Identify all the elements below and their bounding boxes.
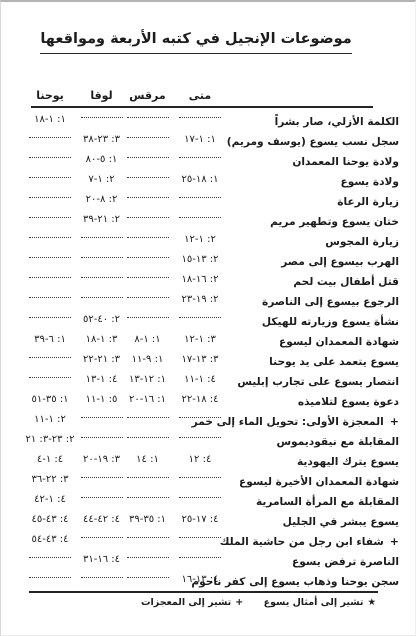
mark-ref: ١: ١-٨: [124, 334, 171, 345]
table-row: انتصار يسوع على تجارب إبليس ٤: ١-١١ ١: ١…: [1, 369, 415, 389]
matthew-ref: [171, 494, 229, 505]
dotted-leader: [29, 155, 71, 158]
table-body: الكلمة الأزلي، صار بشراً ١: ١-١٨ سجل نسب…: [1, 109, 415, 589]
dotted-leader: [127, 575, 169, 578]
miracle-marker: +: [390, 535, 399, 548]
matthew-ref: ٣: ١٣-١٧: [171, 354, 229, 365]
topic-label: الرجوع بيسوع إلى الناصرة: [262, 296, 399, 308]
table-row: شهادة المعمدان الأخيرة ليسوع ٣: ٢٢-٣٦: [1, 469, 415, 489]
mark-ref: ١: ١٤: [124, 454, 171, 465]
john-ref: ٤: ٤٣-٤٥: [21, 514, 79, 525]
mark-ref: [124, 234, 171, 245]
luke-ref: ٢: ٢١-٣٩: [79, 214, 124, 225]
dotted-leader: [127, 435, 169, 438]
mark-ref: [124, 534, 171, 545]
topic-cell: +المعجزة الأولى: تحويل الماء إلى خمر: [229, 410, 399, 429]
dotted-leader: [179, 495, 221, 498]
topic-label: زيارة المجوس: [325, 236, 399, 248]
topic-cell: الرجوع بيسوع إلى الناصرة: [229, 290, 399, 309]
dotted-leader: [81, 575, 123, 578]
john-ref: ٢: ١-١١: [21, 414, 79, 425]
topic-label: زيارة الرعاة: [337, 196, 399, 208]
topic-label: قتل أطفال بيت لحم: [293, 276, 399, 288]
matthew-ref: ٤: ١٣-١٦: [171, 574, 229, 585]
topic-cell: +شفاء ابن رجل من حاشية الملك: [229, 530, 399, 549]
column-header-mark: مرقس: [124, 89, 171, 102]
table-row: +المعجزة الأولى: تحويل الماء إلى خمر ٢: …: [1, 409, 415, 429]
topic-cell: قتل أطفال بيت لحم: [229, 270, 399, 289]
mark-ref: [124, 194, 171, 205]
table-row: المقابلة مع نيقوديموس ٢: ٢٣-٣: ٢١: [1, 429, 415, 449]
john-ref: [21, 214, 79, 225]
topic-cell: شهادة المعمدان ليسوع: [229, 330, 399, 349]
john-ref: [21, 294, 79, 305]
john-ref: [21, 234, 79, 245]
john-ref: [21, 574, 79, 585]
topic-cell: زيارة الرعاة: [229, 190, 399, 209]
miracle-marker: +: [390, 415, 399, 428]
topic-cell: يسوع يتعمد على يد يوحنا: [229, 350, 399, 369]
table-row: ولادة يسوع ١: ١٨-٢٥ ٢: ١-٧: [1, 169, 415, 189]
luke-ref: ٢: ٤٠-٥٢: [79, 314, 124, 325]
dotted-leader: [81, 235, 123, 238]
topic-cell: شهادة المعمدان الأخيرة ليسوع: [229, 470, 399, 489]
table-row: دعوة يسوع لتلاميذه ٤: ١٨-٢٢ ١: ١٦-٢٠ ٥: …: [1, 389, 415, 409]
footer-rule: [29, 591, 378, 593]
table-row: شهادة المعمدان ليسوع ٣: ١-١٢ ١: ١-٨ ٣: ١…: [1, 329, 415, 349]
dotted-leader: [81, 275, 123, 278]
table-row: الناصرة ترفض يسوع ٤: ١٦-٣١: [1, 549, 415, 569]
mark-ref: [124, 554, 171, 565]
luke-ref: [79, 474, 124, 485]
mark-ref: ١: ٩-١١: [124, 354, 171, 365]
topic-label: الهرب بيسوع إلى مصر: [281, 256, 399, 268]
dotted-leader: [179, 435, 221, 438]
topic-label: نشأة يسوع وزيارته للهيكل: [262, 316, 399, 328]
dotted-leader: [127, 295, 169, 298]
table-row: زيارة المجوس ٢: ١-١٢: [1, 229, 415, 249]
john-ref: [21, 254, 79, 265]
john-ref: ١: ٦-٣٩: [21, 334, 79, 345]
table-row: ولادة يوحنا المعمدان ١: ٥-٨٠: [1, 149, 415, 169]
dotted-leader: [29, 375, 71, 378]
dotted-leader: [127, 155, 169, 158]
table-row: يسوع يبشر في الجليل ٤: ١٧-٢٥ ١: ٣٥-٣٩ ٤:…: [1, 509, 415, 529]
mark-ref: [124, 114, 171, 125]
matthew-ref: [171, 114, 229, 125]
topic-label: انتصار يسوع على تجارب إبليس: [237, 376, 399, 388]
table-row: نشأة يسوع وزيارته للهيكل ٢: ٤٠-٥٢: [1, 309, 415, 329]
dotted-leader: [179, 535, 221, 538]
table-row: +شفاء ابن رجل من حاشية الملك ٤: ٤٣-٥٤: [1, 529, 415, 549]
john-ref: [21, 314, 79, 325]
john-ref: [21, 274, 79, 285]
table-header: متى مرقس لوقا يوحنا: [1, 86, 415, 104]
matthew-ref: ٢: ١٦-١٨: [171, 274, 229, 285]
mark-ref: [124, 314, 171, 325]
plus-icon: +: [235, 597, 243, 608]
luke-ref: ٣: ٢١-٢٢: [79, 354, 124, 365]
john-ref: [21, 174, 79, 185]
john-ref: [21, 554, 79, 565]
matthew-ref: [171, 414, 229, 425]
dotted-leader: [29, 575, 71, 578]
dotted-leader: [127, 115, 169, 118]
dotted-leader: [81, 255, 123, 258]
dotted-leader: [127, 195, 169, 198]
dotted-leader: [127, 255, 169, 258]
topic-label: يسوع يبشر في الجليل: [283, 516, 399, 528]
luke-ref: [79, 574, 124, 585]
dotted-leader: [179, 415, 221, 418]
topic-label: يسوع يتعمد على يد يوحنا: [269, 356, 399, 368]
mark-ref: [124, 414, 171, 425]
dotted-leader: [179, 115, 221, 118]
star-icon: ★: [367, 597, 376, 608]
dotted-leader: [127, 135, 169, 138]
john-ref: [21, 154, 79, 165]
column-header-luke: لوقا: [79, 89, 124, 102]
luke-ref: ٢: ٨-٢٠: [79, 194, 124, 205]
topic-cell: الكلمة الأزلي، صار بشراً: [229, 110, 399, 129]
dotted-leader: [29, 315, 71, 318]
john-ref: [21, 194, 79, 205]
matthew-ref: ٤: ١٨-٢٢: [171, 394, 229, 405]
footnote-miracles-label: تشير إلى المعجزات: [141, 597, 231, 608]
topic-cell: دعوة يسوع لتلاميذه: [229, 390, 399, 409]
mark-ref: ١: ١٦-٢٠: [124, 394, 171, 405]
footnote-parables: ★تشير إلى أمثال يسوع: [264, 597, 376, 608]
dotted-leader: [127, 315, 169, 318]
topic-label: شهادة المعمدان الأخيرة ليسوع: [239, 476, 399, 488]
topic-cell: ختان يسوع وتطهير مريم: [229, 210, 399, 229]
dotted-leader: [179, 215, 221, 218]
topic-cell: المقابلة مع نيقوديموس: [229, 430, 399, 449]
john-ref: ٢: ٢٣-٣: ٢١: [21, 434, 79, 445]
dotted-leader: [179, 155, 221, 158]
topic-cell: يسوع يترك اليهودية: [229, 450, 399, 469]
title-block: موضوعات الإنجيل في كتبه الأربعة ومواقعها: [1, 28, 391, 54]
dotted-leader: [81, 295, 123, 298]
table-row: ختان يسوع وتطهير مريم ٢: ٢١-٣٩: [1, 209, 415, 229]
john-ref: ٤: ١-٤: [21, 454, 79, 465]
dotted-leader: [29, 275, 71, 278]
mark-ref: ١: ٣٥-٣٩: [124, 514, 171, 525]
topic-label: المقابلة مع المرأة السامرية: [256, 496, 399, 508]
topic-label: شفاء ابن رجل من حاشية الملك: [220, 536, 384, 548]
dotted-leader: [29, 195, 71, 198]
john-ref: ٤: ٤٣-٥٤: [21, 534, 79, 545]
dotted-leader: [29, 235, 71, 238]
topic-label: دعوة يسوع لتلاميذه: [298, 396, 399, 408]
topic-cell: انتصار يسوع على تجارب إبليس: [229, 370, 399, 389]
table-row: يسوع يتعمد على يد يوحنا ٣: ١٣-١٧ ١: ٩-١١…: [1, 349, 415, 369]
mark-ref: [124, 154, 171, 165]
luke-ref: [79, 534, 124, 545]
matthew-ref: [171, 554, 229, 565]
table-row: الكلمة الأزلي، صار بشراً ١: ١-١٨: [1, 109, 415, 129]
mark-ref: [124, 254, 171, 265]
luke-ref: ٢: ١-٧: [79, 174, 124, 185]
luke-ref: ٤: ١-١٣: [79, 374, 124, 385]
table-row: زيارة الرعاة ٢: ٨-٢٠: [1, 189, 415, 209]
mark-ref: ١: ١٢-١٣: [124, 374, 171, 385]
dotted-leader: [127, 215, 169, 218]
topic-label: شهادة المعمدان ليسوع: [279, 336, 399, 348]
mark-ref: [124, 574, 171, 585]
dotted-leader: [81, 475, 123, 478]
footnote-miracles: +تشير إلى المعجزات: [141, 597, 243, 608]
table-row: سجن يوحنا وذهاب يسوع إلى كفر ناحوم ٤: ١٣…: [1, 569, 415, 589]
john-ref: ١: ١-١٨: [21, 114, 79, 125]
luke-ref: ٣: ٢٣-٣٨: [79, 134, 124, 145]
topic-label: الناصرة ترفض يسوع: [292, 556, 399, 568]
book-page: موضوعات الإنجيل في كتبه الأربعة ومواقعها…: [0, 0, 416, 636]
matthew-ref: ١: ١-١٧: [171, 134, 229, 145]
dotted-leader: [81, 115, 123, 118]
matthew-ref: ٣: ١-١٢: [171, 334, 229, 345]
table-row: يسوع يترك اليهودية ٤: ١٢ ١: ١٤ ٣: ١٩-٢٠ …: [1, 449, 415, 469]
luke-ref: [79, 114, 124, 125]
dotted-leader: [127, 555, 169, 558]
matthew-ref: [171, 534, 229, 545]
topic-cell: الناصرة ترفض يسوع: [229, 550, 399, 569]
dotted-leader: [29, 255, 71, 258]
topic-cell: الهرب بيسوع إلى مصر: [229, 250, 399, 269]
dotted-leader: [127, 495, 169, 498]
dotted-leader: [127, 235, 169, 238]
dotted-leader: [81, 435, 123, 438]
luke-ref: ٤: ١٦-٣١: [79, 554, 124, 565]
matthew-ref: [171, 154, 229, 165]
luke-ref: [79, 234, 124, 245]
topic-cell: سجل نسب يسوع (يوسف ومريم): [229, 130, 399, 149]
dotted-leader: [127, 175, 169, 178]
matthew-ref: ٤: ١٧-٢٥: [171, 514, 229, 525]
mark-ref: [124, 214, 171, 225]
topic-cell: نشأة يسوع وزيارته للهيكل: [229, 310, 399, 329]
matthew-ref: ١: ١٨-٢٥: [171, 174, 229, 185]
topic-label: سجل نسب يسوع (يوسف ومريم): [227, 136, 399, 148]
luke-ref: ٤: ٤٢-٤٤: [79, 514, 124, 525]
topic-label: الكلمة الأزلي، صار بشراً: [275, 116, 399, 128]
table-row: الرجوع بيسوع إلى الناصرة ٢: ١٩-٢٣: [1, 289, 415, 309]
table-row: المقابلة مع المرأة السامرية ٤: ١-٤٢: [1, 489, 415, 509]
dotted-leader: [29, 135, 71, 138]
topic-cell: المقابلة مع المرأة السامرية: [229, 490, 399, 509]
mark-ref: [124, 134, 171, 145]
matthew-ref: ٤: ١-١١: [171, 374, 229, 385]
topic-label: ولادة يوحنا المعمدان: [292, 156, 399, 168]
table-row: الهرب بيسوع إلى مصر ٢: ١٣-١٥: [1, 249, 415, 269]
mark-ref: [124, 274, 171, 285]
luke-ref: [79, 414, 124, 425]
mark-ref: [124, 494, 171, 505]
mark-ref: [124, 434, 171, 445]
dotted-leader: [127, 415, 169, 418]
dotted-leader: [179, 195, 221, 198]
footnote-parables-label: تشير إلى أمثال يسوع: [264, 597, 364, 608]
luke-ref: [79, 434, 124, 445]
topic-cell: سجن يوحنا وذهاب يسوع إلى كفر ناحوم: [229, 570, 399, 589]
dotted-leader: [127, 535, 169, 538]
dotted-leader: [127, 275, 169, 278]
john-ref: ١: ٣٥-٥١: [21, 394, 79, 405]
dotted-leader: [179, 315, 221, 318]
topic-cell: ولادة يوحنا المعمدان: [229, 150, 399, 169]
matthew-ref: [171, 214, 229, 225]
dotted-leader: [127, 475, 169, 478]
luke-ref: ١: ٥-٨٠: [79, 154, 124, 165]
table-row: قتل أطفال بيت لحم ٢: ١٦-١٨: [1, 269, 415, 289]
dotted-leader: [29, 295, 71, 298]
footnotes: ★تشير إلى أمثال يسوع +تشير إلى المعجزات: [1, 597, 415, 617]
dotted-leader: [29, 555, 71, 558]
topic-label: ختان يسوع وتطهير مريم: [270, 216, 399, 228]
luke-ref: [79, 274, 124, 285]
dotted-leader: [29, 175, 71, 178]
header-rule: [31, 106, 373, 108]
matthew-ref: ٢: ١-١٢: [171, 234, 229, 245]
table-row: سجل نسب يسوع (يوسف ومريم) ١: ١-١٧ ٣: ٢٣-…: [1, 129, 415, 149]
luke-ref: ٣: ١٩-٢٠: [79, 454, 124, 465]
topic-cell: زيارة المجوس: [229, 230, 399, 249]
john-ref: ٣: ٢٢-٣٦: [21, 474, 79, 485]
dotted-leader: [81, 535, 123, 538]
column-header-john: يوحنا: [21, 89, 79, 102]
john-ref: [21, 134, 79, 145]
matthew-ref: ٤: ١٢: [171, 454, 229, 465]
luke-ref: [79, 254, 124, 265]
matthew-ref: [171, 474, 229, 485]
topic-label: المقابلة مع نيقوديموس: [276, 436, 399, 448]
dotted-leader: [81, 415, 123, 418]
dotted-leader: [179, 475, 221, 478]
matthew-ref: [171, 194, 229, 205]
column-header-matthew: متى: [171, 89, 229, 102]
topic-label: ولادة يسوع: [341, 176, 400, 188]
mark-ref: [124, 474, 171, 485]
dotted-leader: [81, 495, 123, 498]
luke-ref: [79, 494, 124, 505]
john-ref: ٤: ١-٤٢: [21, 494, 79, 505]
matthew-ref: ٢: ١٩-٢٣: [171, 294, 229, 305]
page-title: موضوعات الإنجيل في كتبه الأربعة ومواقعها: [40, 31, 351, 54]
john-ref: [21, 354, 79, 365]
dotted-leader: [29, 215, 71, 218]
mark-ref: [124, 294, 171, 305]
luke-ref: ٥: ١-١١: [79, 394, 124, 405]
matthew-ref: [171, 434, 229, 445]
topic-cell: يسوع يبشر في الجليل: [229, 510, 399, 529]
dotted-leader: [29, 355, 71, 358]
topic-label: يسوع يترك اليهودية: [297, 456, 399, 468]
luke-ref: [79, 294, 124, 305]
matthew-ref: [171, 314, 229, 325]
luke-ref: ٣: ١-١٨: [79, 334, 124, 345]
john-ref: [21, 374, 79, 385]
mark-ref: [124, 174, 171, 185]
dotted-leader: [179, 555, 221, 558]
matthew-ref: ٢: ١٣-١٥: [171, 254, 229, 265]
topic-cell: ولادة يسوع: [229, 170, 399, 189]
